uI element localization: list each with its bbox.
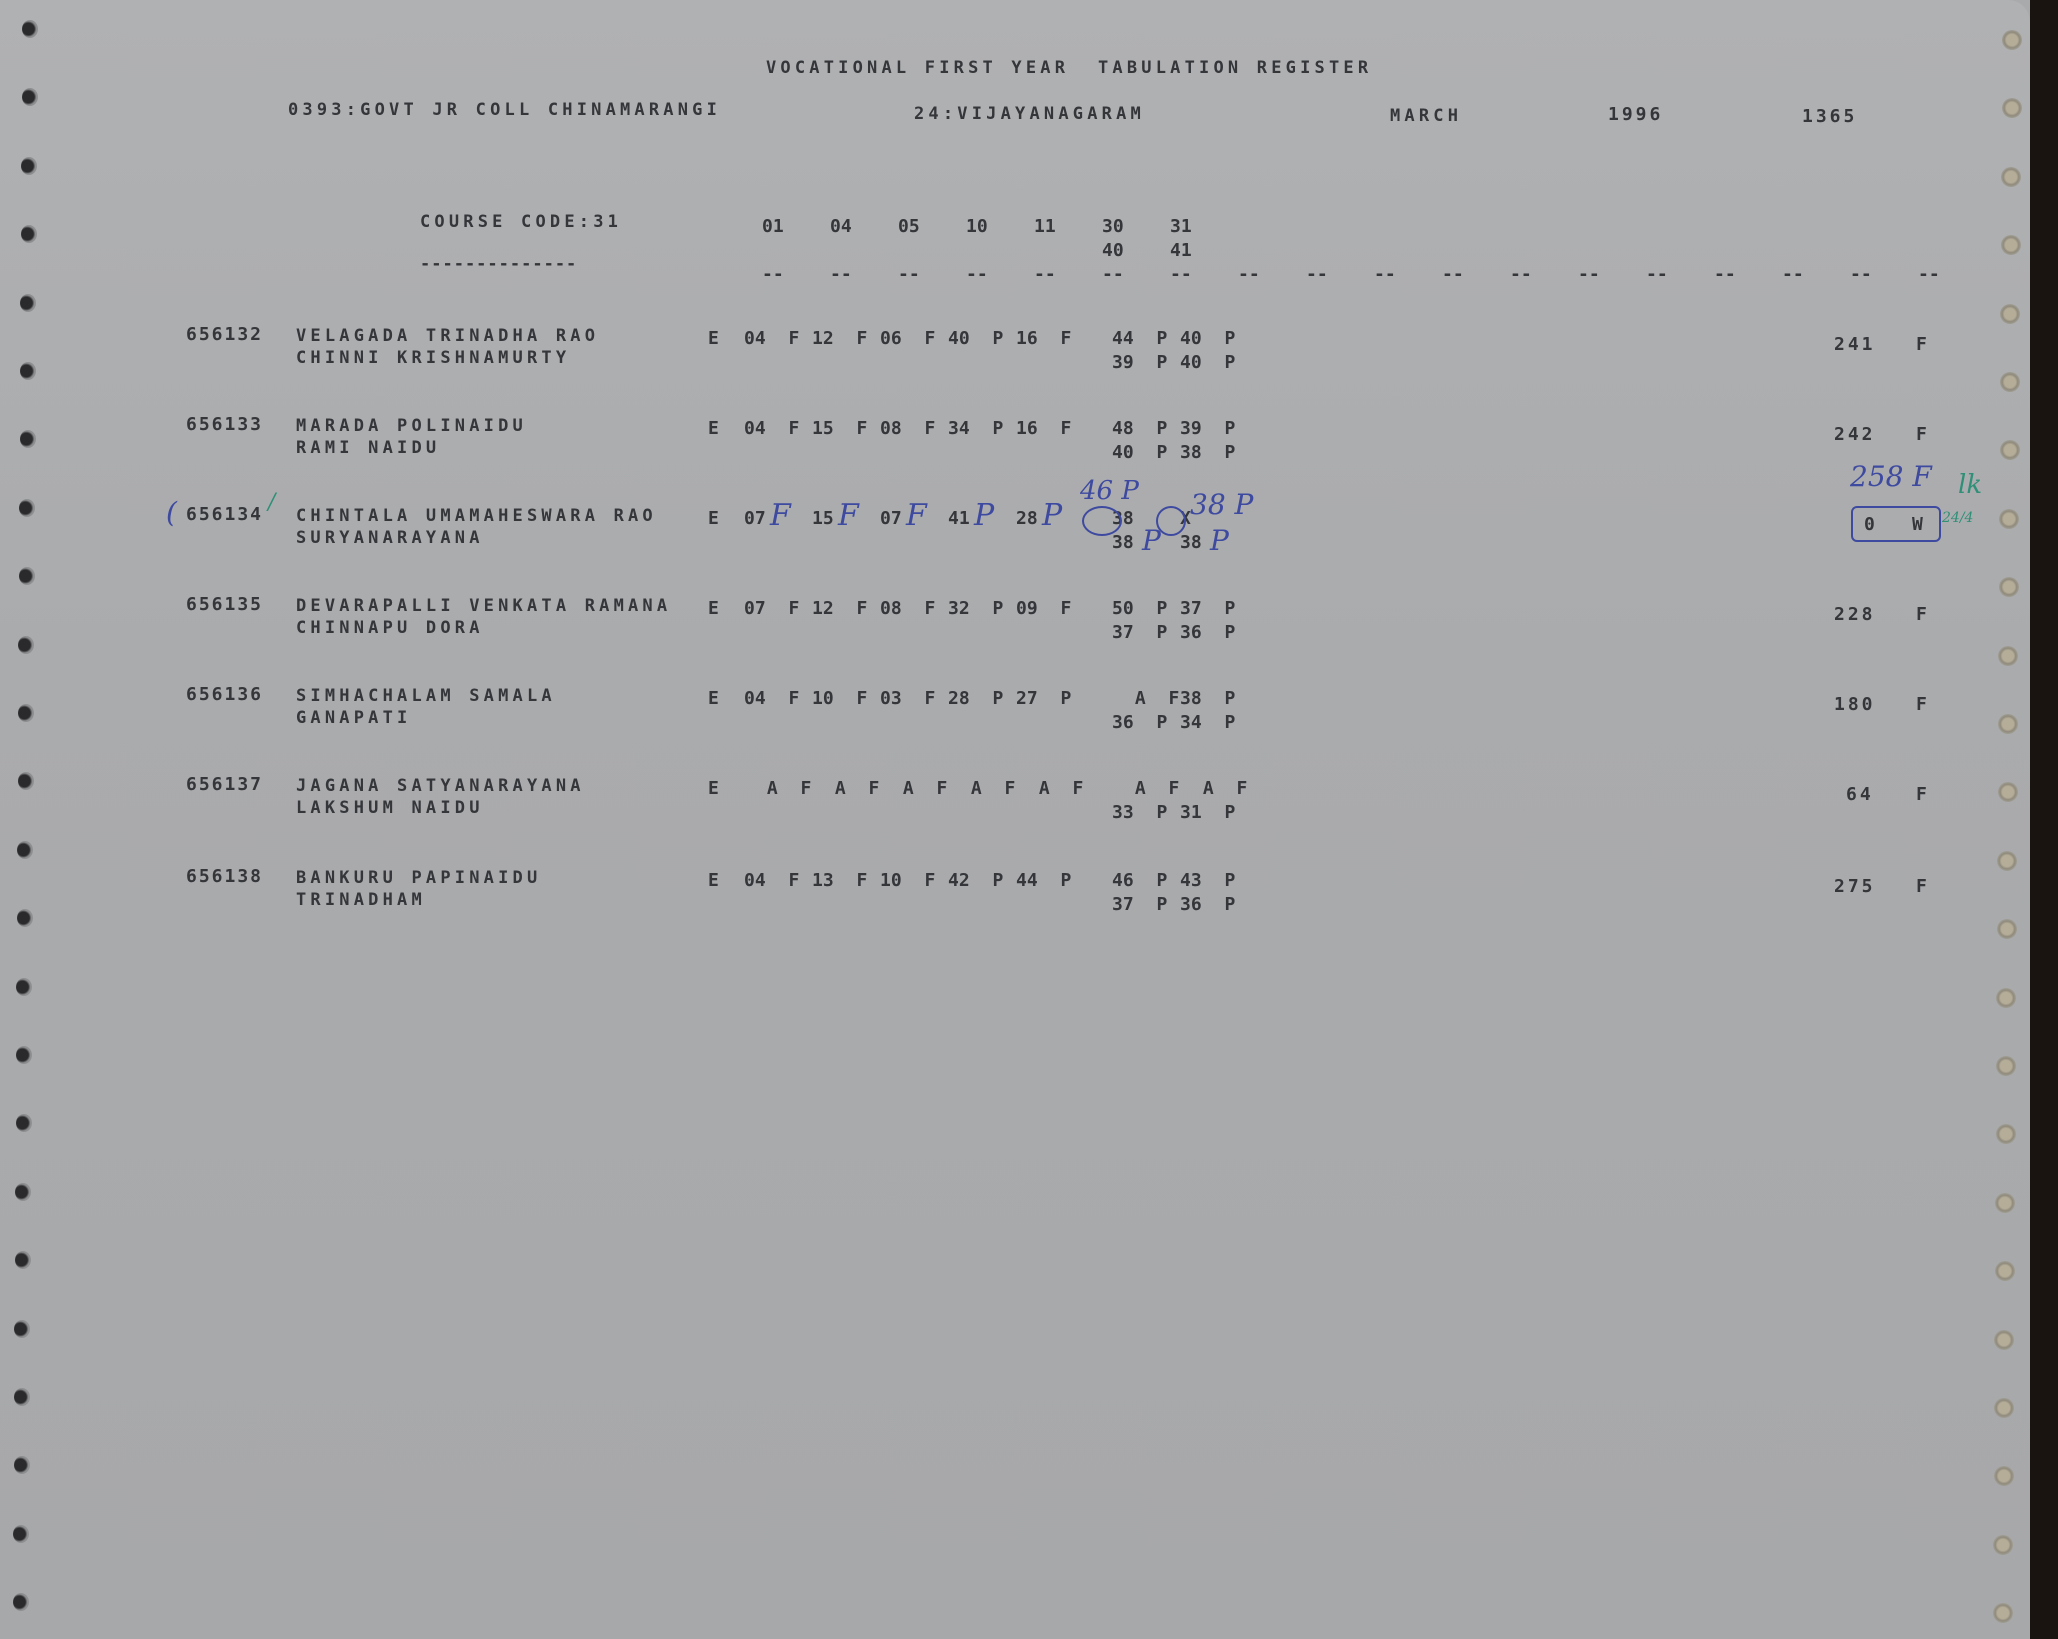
feed-hole — [1997, 919, 2017, 939]
subject-mark: 10 F — [880, 870, 935, 891]
father-name: GANAPATI — [296, 708, 411, 728]
feed-hole — [1996, 1056, 2016, 1076]
result-status: F — [1916, 424, 1927, 445]
result-status: F — [1916, 694, 1927, 715]
feed-hole — [14, 1388, 30, 1406]
feed-hole — [1993, 1535, 2013, 1555]
medium: E — [708, 508, 719, 529]
column-separator: -- — [1170, 264, 1192, 285]
feed-hole — [1996, 1124, 2016, 1144]
subject-mark: 08 F — [880, 418, 935, 439]
handwritten-grade: P — [1210, 524, 1229, 557]
feed-hole — [13, 1593, 29, 1611]
subject-code: 01 — [762, 216, 784, 237]
subject-mark-part2: 40 P — [1112, 442, 1167, 463]
subject-mark: 16 F — [1016, 418, 1071, 439]
feed-hole — [1999, 577, 2019, 597]
feed-hole — [1994, 1466, 2014, 1486]
subject-mark: 40 P — [1180, 328, 1235, 349]
subject-mark: A F — [744, 778, 811, 799]
column-separator: -- — [1034, 264, 1056, 285]
column-separator: -- — [1102, 264, 1124, 285]
student-name: CHINTALA UMAMAHESWARA RAO — [296, 506, 657, 526]
subject-mark-part2: 38 — [1112, 532, 1134, 553]
student-name: MARADA POLINAIDU — [296, 416, 527, 436]
total-marks: 228 — [1834, 604, 1876, 625]
sheet-edge-background — [2030, 0, 2058, 1639]
feed-hole — [1996, 988, 2016, 1008]
total-marks: 242 — [1834, 424, 1876, 445]
result-status: F — [1916, 334, 1927, 355]
feed-hole — [14, 1320, 30, 1338]
subject-mark: 44 P — [1112, 328, 1167, 349]
medium: E — [708, 778, 719, 799]
subject-mark: A F — [880, 778, 947, 799]
result-status: F — [1916, 784, 1927, 805]
subject-mark-part2: 38 P — [1180, 442, 1235, 463]
subject-mark-part2: 36 P — [1112, 712, 1167, 733]
subject-mark-part2: 36 P — [1180, 894, 1235, 915]
handwritten-grade: P — [974, 498, 994, 533]
subject-mark-part2: 39 P — [1112, 352, 1167, 373]
feed-hole — [17, 909, 33, 927]
medium: E — [708, 870, 719, 891]
handwritten-total-correction: 258 F — [1850, 460, 1932, 493]
feed-hole — [14, 1456, 30, 1474]
subject-mark-part2: 37 P — [1112, 894, 1167, 915]
withheld-result-box — [1851, 506, 1941, 542]
handwritten-grade: F — [906, 498, 927, 533]
roll-number: 656138 — [186, 866, 263, 887]
feed-hole — [2000, 372, 2020, 392]
feed-hole — [20, 362, 36, 380]
father-name: TRINADHAM — [296, 890, 426, 910]
subject-mark: 15 F — [812, 418, 867, 439]
subject-mark: 50 P — [1112, 598, 1167, 619]
subject-mark-part2: 33 P — [1112, 802, 1167, 823]
feed-hole — [16, 978, 32, 996]
subject-mark: 34 P — [948, 418, 1003, 439]
column-separator: -- — [1510, 264, 1532, 285]
subject-code: 04 — [830, 216, 852, 237]
total-marks: 241 — [1834, 334, 1876, 355]
feed-hole — [16, 1114, 32, 1132]
college-name: 0393:GOVT JR COLL CHINAMARANGI — [288, 100, 721, 120]
column-separator: -- — [830, 264, 852, 285]
student-name: JAGANA SATYANARAYANA — [296, 776, 585, 796]
initials-annotation: lk — [1958, 470, 1982, 500]
feed-hole — [17, 841, 33, 859]
feed-hole — [2000, 304, 2020, 324]
roll-number: 656135 — [186, 594, 263, 615]
subject-mark: 44 P — [1016, 870, 1071, 891]
subject-mark-part2: 31 P — [1180, 802, 1235, 823]
register-sheet — [0, 0, 2030, 1639]
total-marks: 180 — [1834, 694, 1876, 715]
feed-hole — [22, 20, 38, 38]
roll-number: 656137 — [186, 774, 263, 795]
feed-hole — [1998, 646, 2018, 666]
subject-mark: 08 F — [880, 598, 935, 619]
father-name: CHINNI KRISHNAMURTY — [296, 348, 570, 368]
course-code-underline: -------------- — [420, 254, 577, 274]
feed-hole — [22, 88, 38, 106]
feed-hole — [20, 294, 36, 312]
subject-mark: 48 P — [1112, 418, 1167, 439]
roll-number: 656133 — [186, 414, 263, 435]
subject-mark-part2: 40 P — [1180, 352, 1235, 373]
subject-mark: 39 P — [1180, 418, 1235, 439]
feed-hole — [1997, 851, 2017, 871]
subject-mark: 04 F — [744, 688, 799, 709]
total-marks: 64 — [1846, 784, 1874, 805]
handwritten-grade: F — [838, 498, 859, 533]
subject-code: 40 — [1102, 240, 1124, 261]
father-name: SURYANARAYANA — [296, 528, 484, 548]
column-separator: -- — [1442, 264, 1464, 285]
subject-mark: 28 P — [948, 688, 1003, 709]
subject-mark: 28 — [1016, 508, 1038, 529]
column-separator: -- — [1578, 264, 1600, 285]
handwritten-correction-31: 38 P — [1190, 488, 1253, 521]
medium: E — [708, 418, 719, 439]
handwritten-correction-30: 46 P — [1080, 476, 1139, 506]
column-separator: -- — [898, 264, 920, 285]
subject-mark: 15 — [812, 508, 834, 529]
column-separator: -- — [1646, 264, 1668, 285]
subject-mark: A F — [1016, 778, 1083, 799]
subject-mark-part2: 36 P — [1180, 622, 1235, 643]
result-status: F — [1916, 876, 1927, 897]
student-name: SIMHACHALAM SAMALA — [296, 686, 556, 706]
column-separator: -- — [762, 264, 784, 285]
feed-hole — [15, 1183, 31, 1201]
feed-hole — [15, 1251, 31, 1269]
circled-absent-mark — [1156, 506, 1186, 536]
subject-mark: 07 — [744, 508, 766, 529]
roll-number: 656132 — [186, 324, 263, 345]
subject-mark-part2: 34 P — [1180, 712, 1235, 733]
subject-mark: 42 P — [948, 870, 1003, 891]
subject-code: 41 — [1170, 240, 1192, 261]
column-separator: -- — [1238, 264, 1260, 285]
feed-hole — [1994, 1398, 2014, 1418]
register-title: VOCATIONAL FIRST YEAR TABULATION REGISTE… — [766, 58, 1372, 78]
result-status: F — [1916, 604, 1927, 625]
feed-hole — [19, 499, 35, 517]
feed-hole — [16, 1046, 32, 1064]
subject-code: 30 — [1102, 216, 1124, 237]
feed-hole — [18, 704, 34, 722]
subject-mark: 13 F — [812, 870, 867, 891]
tick-annotation: / — [268, 490, 275, 515]
course-code-label: COURSE CODE:31 — [420, 212, 622, 232]
feed-hole — [1999, 509, 2019, 529]
father-name: RAMI NAIDU — [296, 438, 440, 458]
subject-mark: A F — [812, 778, 879, 799]
subject-mark: 27 P — [1016, 688, 1071, 709]
subject-mark: A F — [1112, 688, 1179, 709]
subject-mark: 07 — [880, 508, 902, 529]
subject-mark: 03 F — [880, 688, 935, 709]
medium: E — [708, 688, 719, 709]
subject-mark: 16 F — [1016, 328, 1071, 349]
subject-mark: 10 F — [812, 688, 867, 709]
subject-mark: A F — [1112, 778, 1179, 799]
column-separator: -- — [1782, 264, 1804, 285]
total-marks: 275 — [1834, 876, 1876, 897]
feed-hole — [1993, 1603, 2013, 1623]
district-name: 24:VIJAYANAGARAM — [914, 104, 1145, 124]
medium: E — [708, 598, 719, 619]
subject-mark: 06 F — [880, 328, 935, 349]
subject-mark-part2: 38 — [1180, 532, 1202, 553]
feed-hole — [1998, 782, 2018, 802]
student-name: VELAGADA TRINADHA RAO — [296, 326, 599, 346]
exam-month: MARCH — [1390, 106, 1462, 126]
subject-mark: 41 — [948, 508, 970, 529]
subject-code: 10 — [966, 216, 988, 237]
handwritten-side-note: 24/4 — [1942, 510, 1973, 526]
subject-mark: A F — [948, 778, 1015, 799]
student-name: DEVARAPALLI VENKATA RAMANA — [296, 596, 671, 616]
handwritten-grade: F — [770, 498, 791, 533]
column-separator: -- — [1374, 264, 1396, 285]
subject-mark: 43 P — [1180, 870, 1235, 891]
subject-mark: 32 P — [948, 598, 1003, 619]
feed-hole — [18, 636, 34, 654]
feed-hole — [1998, 714, 2018, 734]
subject-mark: 04 F — [744, 870, 799, 891]
subject-mark: 37 P — [1180, 598, 1235, 619]
feed-hole — [19, 567, 35, 585]
subject-mark: 38 P — [1180, 688, 1235, 709]
father-name: LAKSHUM NAIDU — [296, 798, 484, 818]
subject-code: 11 — [1034, 216, 1056, 237]
student-name: BANKURU PAPINAIDU — [296, 868, 541, 888]
feed-hole — [21, 157, 37, 175]
feed-hole — [2002, 98, 2022, 118]
column-separator: -- — [1850, 264, 1872, 285]
feed-hole — [1995, 1193, 2015, 1213]
column-separator: -- — [1306, 264, 1328, 285]
subject-mark: 12 F — [812, 598, 867, 619]
feed-hole — [21, 225, 37, 243]
circled-mark — [1082, 506, 1122, 536]
feed-hole — [2000, 440, 2020, 460]
subject-mark-part2: 37 P — [1112, 622, 1167, 643]
feed-hole — [2002, 30, 2022, 50]
column-separator: -- — [966, 264, 988, 285]
subject-mark: 04 F — [744, 328, 799, 349]
subject-code: 31 — [1170, 216, 1192, 237]
column-separator: -- — [1918, 264, 1940, 285]
roll-number: 656136 — [186, 684, 263, 705]
column-separator: -- — [1714, 264, 1736, 285]
subject-mark: 04 F — [744, 418, 799, 439]
feed-hole — [1994, 1330, 2014, 1350]
checkmark-annotation: ( — [166, 496, 177, 529]
page-number: 1365 — [1802, 106, 1857, 127]
feed-hole — [20, 430, 36, 448]
roll-number: 656134 — [186, 504, 263, 525]
medium: E — [708, 328, 719, 349]
feed-hole — [1995, 1261, 2015, 1281]
subject-mark: 07 F — [744, 598, 799, 619]
subject-mark: 12 F — [812, 328, 867, 349]
subject-mark: 40 P — [948, 328, 1003, 349]
subject-mark: 46 P — [1112, 870, 1167, 891]
feed-hole — [18, 772, 34, 790]
feed-hole — [2001, 235, 2021, 255]
subject-mark: 09 F — [1016, 598, 1071, 619]
exam-year: 1996 — [1608, 104, 1663, 125]
father-name: CHINNAPU DORA — [296, 618, 484, 638]
subject-code: 05 — [898, 216, 920, 237]
handwritten-grade: P — [1042, 498, 1062, 533]
feed-hole — [13, 1525, 29, 1543]
subject-mark: A F — [1180, 778, 1247, 799]
feed-hole — [2001, 167, 2021, 187]
